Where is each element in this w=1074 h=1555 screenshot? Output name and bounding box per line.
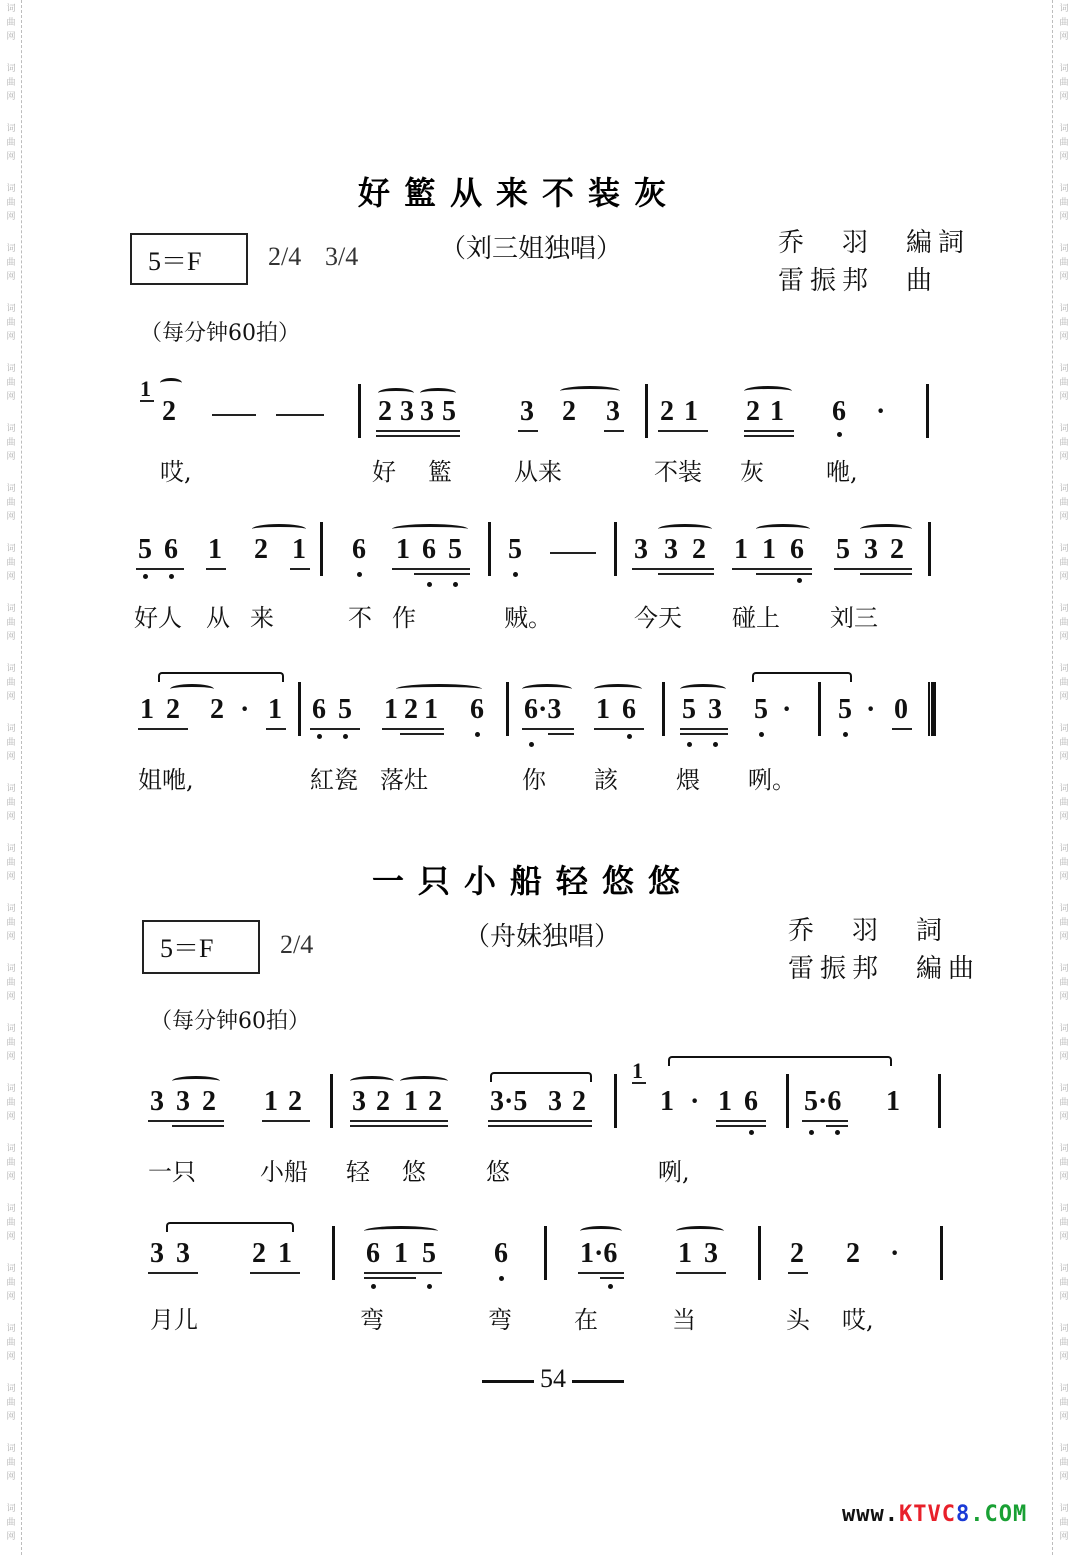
- watermark-text: 词曲网: [0, 1022, 22, 1064]
- page-number: 54: [476, 1364, 630, 1394]
- barline: [614, 1074, 617, 1128]
- beam: [206, 568, 226, 570]
- barline: [330, 1074, 333, 1128]
- extension-dash: [276, 414, 324, 416]
- note: 6: [494, 1238, 508, 1270]
- rule: [482, 1380, 534, 1383]
- beam: [680, 733, 728, 735]
- note: 6: [366, 1238, 380, 1270]
- note: 3: [176, 1238, 190, 1270]
- note: 5: [138, 534, 152, 566]
- note: 3: [352, 1086, 366, 1118]
- beam: [262, 1120, 310, 1122]
- beam: [172, 1125, 224, 1127]
- beam: [716, 1120, 766, 1122]
- watermark-text: 词曲网: [1053, 2, 1074, 44]
- tempo-marking: （每分钟60拍）: [150, 1004, 310, 1035]
- note: 3: [176, 1086, 190, 1118]
- lyric: 月儿: [150, 1300, 198, 1335]
- extension-dash: [550, 552, 596, 554]
- note: 6: [422, 534, 436, 566]
- note: 3: [548, 1086, 562, 1118]
- beam: [266, 728, 286, 730]
- composer-credit: 雷振邦 編曲: [788, 950, 980, 988]
- lower-octave-dot: [627, 734, 632, 739]
- beam: [676, 1272, 726, 1274]
- song-subtitle: （刘三姐独唱）: [440, 228, 622, 265]
- slur: [676, 1226, 724, 1236]
- note: 1: [718, 1086, 732, 1118]
- note: 1: [292, 534, 306, 566]
- note: 2: [790, 1238, 804, 1270]
- beam: [414, 573, 470, 575]
- note: 1: [684, 396, 698, 428]
- slur: [580, 1226, 622, 1236]
- barline: [940, 1226, 943, 1280]
- note: 6: [312, 694, 326, 726]
- slur: [364, 1226, 438, 1236]
- note: 3: [634, 534, 648, 566]
- watermark-text: 词曲网: [0, 1442, 22, 1484]
- note: 6: [832, 396, 846, 428]
- augmentation-dot: ·: [890, 1238, 899, 1270]
- lower-octave-dot: [713, 742, 718, 747]
- note: 1: [394, 1238, 408, 1270]
- beam: [658, 573, 714, 575]
- lyric-row: 月儿 弯 弯 在 当 头 哎,: [0, 1300, 1074, 1336]
- barline: [488, 522, 491, 576]
- watermark-text: 词曲网: [1053, 302, 1074, 344]
- lyric: 咧,: [658, 1152, 690, 1187]
- lyric: 弯: [360, 1300, 384, 1335]
- note: 1: [278, 1238, 292, 1270]
- note: 5: [448, 534, 462, 566]
- beam: [802, 1120, 848, 1122]
- beam: [600, 1277, 624, 1279]
- song-title: 好籃从来不装灰: [358, 168, 680, 214]
- beam: [138, 728, 188, 730]
- lower-octave-dot: [843, 732, 848, 737]
- beam: [350, 1120, 448, 1122]
- beam: [382, 728, 444, 730]
- lyric: 悠: [402, 1152, 426, 1187]
- barline: [926, 384, 929, 438]
- note: 3: [864, 534, 878, 566]
- lyric: 一只: [148, 1152, 196, 1187]
- lyric: 轻: [346, 1152, 370, 1187]
- barline: [320, 522, 323, 576]
- lyric: 头: [786, 1300, 810, 1335]
- lyric: 不装: [654, 452, 702, 487]
- note: 2: [890, 534, 904, 566]
- lyric: 作: [392, 598, 416, 633]
- rest: 0: [894, 694, 908, 726]
- note: 1: [678, 1238, 692, 1270]
- barline: [614, 522, 617, 576]
- lower-octave-dot: [143, 574, 148, 579]
- note: 5: [838, 694, 852, 726]
- composer-credit: 雷振邦 曲: [778, 262, 970, 300]
- note: 1·6: [580, 1238, 617, 1270]
- time-signature: 2/4: [280, 930, 313, 960]
- beam: [136, 568, 184, 570]
- note: 6: [164, 534, 178, 566]
- beam: [148, 1272, 198, 1274]
- watermark-text: 词曲网: [0, 962, 22, 1004]
- lyric: 灰: [740, 452, 764, 487]
- slur: [756, 524, 810, 534]
- lower-octave-dot: [835, 1130, 840, 1135]
- slur: [392, 524, 468, 534]
- beam: [744, 435, 794, 437]
- note: 1: [886, 1086, 900, 1118]
- tie-bracket: [490, 1072, 592, 1082]
- barline: [786, 1074, 789, 1128]
- note: 2: [378, 396, 392, 428]
- lyricist-credit: 乔 羽 詞: [788, 912, 980, 950]
- note: 2: [252, 1238, 266, 1270]
- augmentation-dot: ·: [240, 694, 249, 726]
- note: 2: [746, 396, 760, 428]
- lower-octave-dot: [453, 582, 458, 587]
- barline: [645, 384, 648, 438]
- logo-suffix: .COM: [970, 1502, 1027, 1527]
- lyric-row: 哎, 好 籃 从来 不装 灰 咃,: [0, 452, 1074, 488]
- beam: [604, 430, 624, 432]
- final-barline: [928, 682, 936, 736]
- augmentation-dot: ·: [876, 396, 885, 428]
- beam: [148, 1120, 224, 1122]
- note: 3: [708, 694, 722, 726]
- watermark-text: 词曲网: [0, 1382, 22, 1424]
- note: 1: [660, 1086, 674, 1118]
- lower-octave-dot: [475, 732, 480, 737]
- augmentation-dot: ·: [866, 694, 875, 726]
- note: 1: [762, 534, 776, 566]
- beam: [756, 573, 812, 575]
- watermark-text: 词曲网: [0, 182, 22, 224]
- note: 3: [606, 396, 620, 428]
- beam: [488, 1120, 592, 1122]
- fermata: [160, 378, 182, 388]
- slur: [172, 1076, 220, 1086]
- note: 1: [424, 694, 438, 726]
- barline: [544, 1226, 547, 1280]
- watermark-text: 词曲网: [0, 842, 22, 884]
- lyric: 姐咃,: [138, 760, 194, 795]
- logo-number: 8: [956, 1502, 970, 1527]
- lower-octave-dot: [687, 742, 692, 747]
- note: 3: [150, 1086, 164, 1118]
- barline: [506, 682, 509, 736]
- note: 1: [140, 694, 154, 726]
- note: 3·5: [490, 1086, 527, 1118]
- beam: [400, 733, 444, 735]
- credits: 乔 羽 編詞 雷振邦 曲: [778, 224, 970, 300]
- note: 1: [268, 694, 282, 726]
- slur: [170, 684, 214, 694]
- watermark-text: 词曲网: [0, 2, 22, 44]
- beam: [350, 1125, 448, 1127]
- lyricist-credit: 乔 羽 編詞: [778, 224, 970, 262]
- beam: [744, 430, 794, 432]
- note: 1: [596, 694, 610, 726]
- lyric: 紅瓷: [310, 760, 358, 795]
- lyric: 在: [574, 1300, 598, 1335]
- beam: [522, 728, 574, 730]
- beam: [826, 1125, 848, 1127]
- lower-octave-dot: [317, 734, 322, 739]
- lower-octave-dot: [371, 1284, 376, 1289]
- lower-octave-dot: [499, 1276, 504, 1281]
- barline: [662, 682, 665, 736]
- logo-prefix: www.: [842, 1502, 899, 1527]
- note: 2: [254, 534, 268, 566]
- lower-octave-dot: [837, 432, 842, 437]
- note: 5: [508, 534, 522, 566]
- watermark-text: 词曲网: [1053, 1442, 1074, 1484]
- watermark-text: 词曲网: [0, 242, 22, 284]
- lower-octave-dot: [357, 572, 362, 577]
- lyric: 来: [250, 598, 274, 633]
- note: 1: [734, 534, 748, 566]
- barline: [358, 384, 361, 438]
- note: 2: [562, 396, 576, 428]
- beam: [578, 1272, 624, 1274]
- note: 1: [208, 534, 222, 566]
- notation-row: 1 2 2 · 1 6 5 1 2 1 6 6·3 1 6 5 3 5 · 5 …: [0, 676, 1074, 746]
- watermark-text: 词曲网: [0, 62, 22, 104]
- note: 2: [692, 534, 706, 566]
- watermark-text: 词曲网: [1053, 962, 1074, 1004]
- beam: [680, 728, 728, 730]
- extension-dash: [212, 414, 256, 416]
- note: 1: [384, 694, 398, 726]
- lyric: 弯: [488, 1300, 512, 1335]
- note: 2: [288, 1086, 302, 1118]
- watermark-text: 词曲网: [1053, 842, 1074, 884]
- lyric: 好人: [134, 598, 182, 633]
- note: 2: [376, 1086, 390, 1118]
- lyric: 不: [348, 598, 372, 633]
- note: 2: [210, 694, 224, 726]
- lower-octave-dot: [343, 734, 348, 739]
- slur: [252, 524, 306, 534]
- note: 6: [352, 534, 366, 566]
- lyric: 煨: [676, 760, 700, 795]
- tie-bracket: [752, 672, 852, 682]
- watermark-text: 词曲网: [0, 1502, 22, 1544]
- lyric: 从: [206, 598, 230, 633]
- time-signature: 2/4: [268, 242, 301, 272]
- lyric-row: 姐咃, 紅瓷 落灶 你 該 煨 咧。: [0, 760, 1074, 796]
- lower-octave-dot: [797, 578, 802, 583]
- lyric: 該: [594, 760, 618, 795]
- note: 6: [622, 694, 636, 726]
- beam: [716, 1125, 766, 1127]
- note: 6: [470, 694, 484, 726]
- beam: [364, 1277, 416, 1279]
- lower-octave-dot: [427, 1284, 432, 1289]
- note: 3: [664, 534, 678, 566]
- lyric: 哎,: [842, 1300, 874, 1335]
- beam: [376, 430, 460, 432]
- beam: [834, 568, 912, 570]
- lower-octave-dot: [749, 1130, 754, 1135]
- beam: [548, 733, 574, 735]
- note: 2: [846, 1238, 860, 1270]
- note: 5·6: [804, 1086, 841, 1118]
- lyric: 籃: [428, 452, 452, 487]
- note: 2: [428, 1086, 442, 1118]
- notation-row: 3 3 2 1 2 3 2 1 2 3·5 3 2 1 1 · 1 6 5·6 …: [0, 1068, 1074, 1138]
- beam: [860, 573, 912, 575]
- note: 2: [572, 1086, 586, 1118]
- watermark-text: 词曲网: [1053, 122, 1074, 164]
- notation-row: 3 3 2 1 6 1 5 6 1·6 1 3 2 2 ·: [0, 1220, 1074, 1290]
- lower-octave-dot: [608, 1284, 613, 1289]
- key-signature: 5＝F: [130, 233, 248, 285]
- watermark-text: 词曲网: [1053, 182, 1074, 224]
- beam: [788, 1272, 808, 1274]
- tie-bracket: [158, 672, 284, 682]
- watermark-text: 词曲网: [0, 302, 22, 344]
- beam: [488, 1125, 592, 1127]
- note: 6·3: [524, 694, 561, 726]
- page-number-text: 54: [540, 1364, 566, 1393]
- fraction-line: [632, 1082, 646, 1084]
- beam: [364, 1272, 442, 1274]
- barline: [928, 522, 931, 576]
- barline: [298, 682, 301, 736]
- notation-row: 1 2 2 3 3 5 3 2 3 2 1 2 1 6 ·: [0, 378, 1074, 448]
- lyric: 好: [372, 452, 396, 487]
- watermark-text: 词曲网: [1053, 1022, 1074, 1064]
- watermark-text: 词曲网: [1053, 1382, 1074, 1424]
- lower-octave-dot: [809, 1130, 814, 1135]
- slur: [680, 684, 726, 694]
- lyric: 小船: [260, 1152, 308, 1187]
- barline: [818, 682, 821, 736]
- note: 5: [338, 694, 352, 726]
- note: 1: [770, 396, 784, 428]
- beam: [310, 728, 360, 730]
- lyric: 哎,: [160, 452, 192, 487]
- lyric: 从来: [514, 452, 562, 487]
- slur: [860, 524, 912, 534]
- note: 3: [400, 396, 414, 428]
- note: 2: [660, 396, 674, 428]
- beam: [658, 430, 708, 432]
- note: 3: [704, 1238, 718, 1270]
- note: 3: [150, 1238, 164, 1270]
- lyric: 咃,: [826, 452, 858, 487]
- slur: [350, 1076, 394, 1086]
- song-subtitle: （舟妹独唱）: [464, 916, 620, 953]
- lower-octave-dot: [759, 732, 764, 737]
- slur: [400, 1076, 448, 1086]
- lyric-row: 好人 从 来 不 作 贼。 今天 碰上 刘三: [0, 598, 1074, 634]
- key-signature: 5＝F: [142, 920, 260, 974]
- note: 2: [202, 1086, 216, 1118]
- lyric: 当: [672, 1300, 696, 1335]
- watermark-text: 词曲网: [0, 122, 22, 164]
- lyric-row: 一只 小船 轻 悠 悠 咧,: [0, 1152, 1074, 1188]
- slur: [658, 524, 712, 534]
- beam: [290, 568, 310, 570]
- grace-note: 1: [632, 1060, 643, 1082]
- lyric: 今天: [634, 598, 682, 633]
- fraction-line: [140, 400, 154, 402]
- barline: [758, 1226, 761, 1280]
- lyric: 落灶: [380, 760, 428, 795]
- note: 2: [166, 694, 180, 726]
- beam: [892, 728, 912, 730]
- note: 2: [162, 396, 176, 428]
- rule: [572, 1380, 624, 1383]
- note: 1: [396, 534, 410, 566]
- watermark-text: 词曲网: [1053, 1502, 1074, 1544]
- beam: [594, 728, 644, 730]
- beam: [376, 435, 460, 437]
- site-logo[interactable]: www.KTVC8.COM: [842, 1502, 1027, 1527]
- beam: [632, 568, 714, 570]
- watermark-text: 词曲网: [1053, 62, 1074, 104]
- beam: [392, 568, 470, 570]
- lower-octave-dot: [169, 574, 174, 579]
- note: 6: [744, 1086, 758, 1118]
- song-title: 一只小船轻悠悠: [372, 856, 694, 902]
- credits: 乔 羽 詞 雷振邦 編曲: [788, 912, 980, 988]
- note: 5: [682, 694, 696, 726]
- logo-brand: KTVC: [899, 1502, 956, 1527]
- note: 5: [442, 396, 456, 428]
- barline: [938, 1074, 941, 1128]
- lyric: 碰上: [732, 598, 780, 633]
- slur: [594, 684, 642, 694]
- slur: [396, 684, 482, 694]
- beam: [732, 568, 812, 570]
- watermark-text: 词曲网: [0, 902, 22, 944]
- lyric: 刘三: [830, 598, 878, 633]
- note: 3: [520, 396, 534, 428]
- note: 1: [404, 1086, 418, 1118]
- lyric: 咧。: [748, 760, 796, 795]
- beam: [518, 430, 538, 432]
- lyric: 悠: [486, 1152, 510, 1187]
- note: 5: [754, 694, 768, 726]
- note: 3: [420, 396, 434, 428]
- augmentation-dot: ·: [690, 1086, 699, 1118]
- lower-octave-dot: [427, 582, 432, 587]
- note: 5: [836, 534, 850, 566]
- slur: [744, 386, 792, 396]
- lower-octave-dot: [513, 572, 518, 577]
- tie-bracket: [166, 1222, 294, 1232]
- lyric: 贼。: [504, 598, 552, 633]
- notation-row: 5 6 1 2 1 6 1 6 5 5 3 3 2 1 1 6 5 3 2: [0, 516, 1074, 586]
- note: 1: [264, 1086, 278, 1118]
- time-signature: 3/4: [325, 242, 358, 272]
- watermark-text: 词曲网: [1053, 242, 1074, 284]
- augmentation-dot: ·: [782, 694, 791, 726]
- slur: [522, 684, 572, 694]
- tempo-marking: （每分钟60拍）: [140, 316, 300, 347]
- beam: [250, 1272, 300, 1274]
- note: 2: [404, 694, 418, 726]
- watermark-text: 词曲网: [1053, 902, 1074, 944]
- note: 6: [790, 534, 804, 566]
